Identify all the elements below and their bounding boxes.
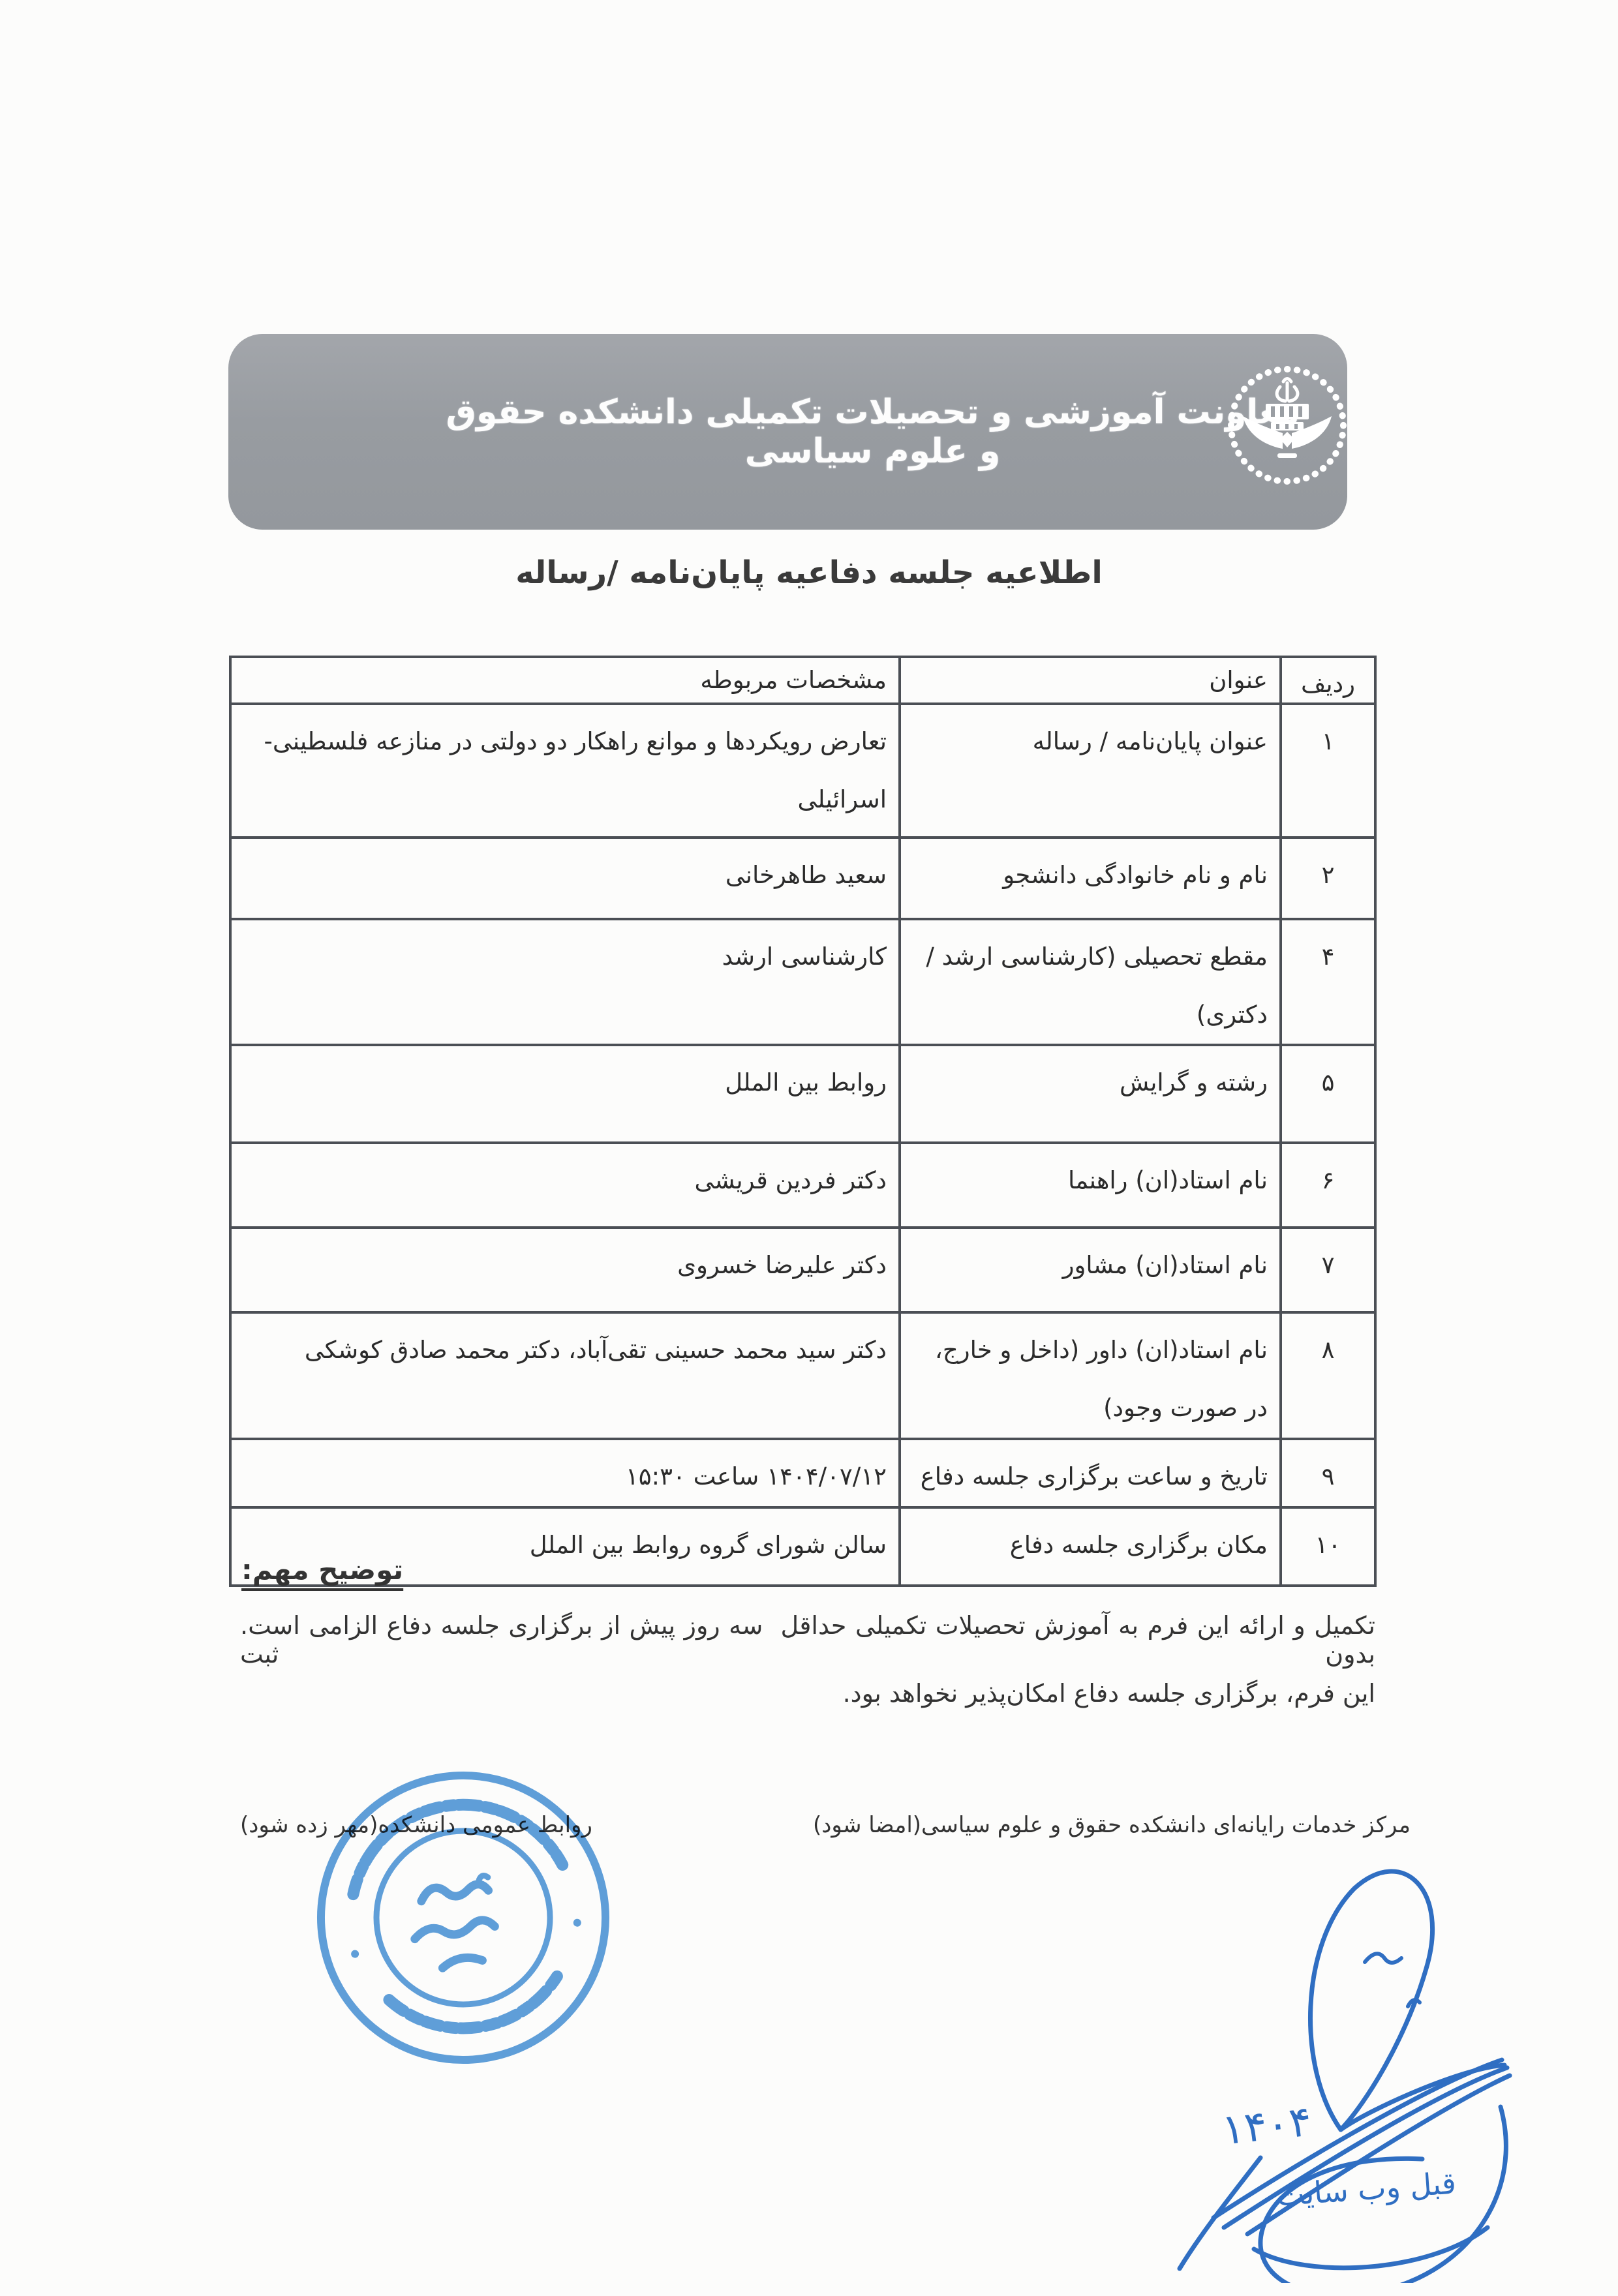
table-row: ۷ نام استاد(ان) مشاور دکتر علیرضا خسروی <box>230 1228 1375 1312</box>
row-number: ۵ <box>1281 1045 1375 1143</box>
university-of-tehran-logo-icon <box>1225 363 1349 487</box>
row-number: ۹ <box>1281 1439 1375 1507</box>
table-row: ۵ رشته و گرایش روابط بین الملل <box>230 1045 1375 1143</box>
row-label: نام استاد(ان) داور (داخل و خارج، در صورت… <box>900 1312 1281 1439</box>
row-value: دکتر سید محمد حسینی تقی‌آباد، دکتر محمد … <box>230 1312 900 1439</box>
row-number: ۱ <box>1281 704 1375 838</box>
row-number: ۷ <box>1281 1228 1375 1312</box>
col-header-title: عنوان <box>900 657 1281 704</box>
row-number: ۶ <box>1281 1143 1375 1228</box>
row-label: نام استاد(ان) مشاور <box>900 1228 1281 1312</box>
row-value: دکتر فردین قریشی <box>230 1143 900 1228</box>
table-row: ۴ مقطع تحصیلی (کارشناسی ارشد / دکتری) کا… <box>230 919 1375 1046</box>
page-title: اطلاعیه جلسه دفاعیه پایان‌نامه /رساله <box>0 554 1618 591</box>
col-header-details: مشخصات مربوطه <box>230 657 900 704</box>
row-label: نام و نام خانوادگی دانشجو <box>900 838 1281 919</box>
signature-date: ۱۴۰۴ <box>1219 2097 1313 2154</box>
row-number: ۴ <box>1281 919 1375 1046</box>
table-row: ۲ نام و نام خانوادگی دانشجو سعید طاهرخان… <box>230 838 1375 919</box>
row-label: تاریخ و ساعت برگزاری جلسه دفاع <box>900 1439 1281 1507</box>
banner-title: معاونت آموزشی و تحصیلات تکمیلی دانشکده ح… <box>228 393 1347 471</box>
row-number: ۲ <box>1281 838 1375 919</box>
table-header-row: ردیف عنوان مشخصات مربوطه <box>230 657 1375 704</box>
table-row: ۱ عنوان پایان‌نامه / رساله تعارض رویکرده… <box>230 704 1375 838</box>
row-label: رشته و گرایش <box>900 1045 1281 1143</box>
row-value: کارشناسی ارشد <box>230 919 900 1046</box>
row-label: مقطع تحصیلی (کارشناسی ارشد / دکتری) <box>900 919 1281 1046</box>
table-row: ۹ تاریخ و ساعت برگزاری جلسه دفاع ۱۴۰۴/۰۷… <box>230 1439 1375 1507</box>
note-line: تکمیل و ارائه این فرم به آموزش تحصیلات ت… <box>240 1611 1375 1679</box>
row-value: سعید طاهرخانی <box>230 838 900 919</box>
faculty-round-stamp <box>313 1768 613 2068</box>
note-body: تکمیل و ارائه این فرم به آموزش تحصیلات ت… <box>240 1611 1375 1747</box>
row-value: ۱۴۰۴/۰۷/۱۲ ساعت ۱۵:۳۰ <box>230 1439 900 1507</box>
note-line: این فرم، برگزاری جلسه دفاع امکان‌پذیر نخ… <box>240 1679 1375 1747</box>
note-heading-wrap: توضیح مهم: <box>241 1554 1377 1586</box>
note-heading: توضیح مهم: <box>241 1554 403 1586</box>
col-header-row-number: ردیف <box>1281 657 1375 704</box>
scanned-document-page: معاونت آموزشی و تحصیلات تکمیلی دانشکده ح… <box>0 0 1618 2296</box>
signature-note: قبل وب سایت <box>1275 2165 1457 2213</box>
row-value: دکتر علیرضا خسروی <box>230 1228 900 1312</box>
handwritten-signature: ۱۴۰۴ قبل وب سایت <box>1148 1852 1540 2283</box>
row-value: تعارض رویکردها و موانع راهکار دو دولتی د… <box>230 704 900 838</box>
row-label: عنوان پایان‌نامه / رساله <box>900 704 1281 838</box>
row-label: نام استاد(ان) راهنما <box>900 1143 1281 1228</box>
defense-info-table: ردیف عنوان مشخصات مربوطه ۱ عنوان پایان‌ن… <box>229 656 1377 1587</box>
signoff-label-computer-center: مرکز خدمات رایانه‌ای دانشکده حقوق و علوم… <box>813 1812 1411 1838</box>
row-value: روابط بین الملل <box>230 1045 900 1143</box>
header-banner: معاونت آموزشی و تحصیلات تکمیلی دانشکده ح… <box>228 334 1347 530</box>
table-row: ۶ نام استاد(ان) راهنما دکتر فردین قریشی <box>230 1143 1375 1228</box>
row-number: ۸ <box>1281 1312 1375 1439</box>
table-row: ۸ نام استاد(ان) داور (داخل و خارج، در صو… <box>230 1312 1375 1439</box>
